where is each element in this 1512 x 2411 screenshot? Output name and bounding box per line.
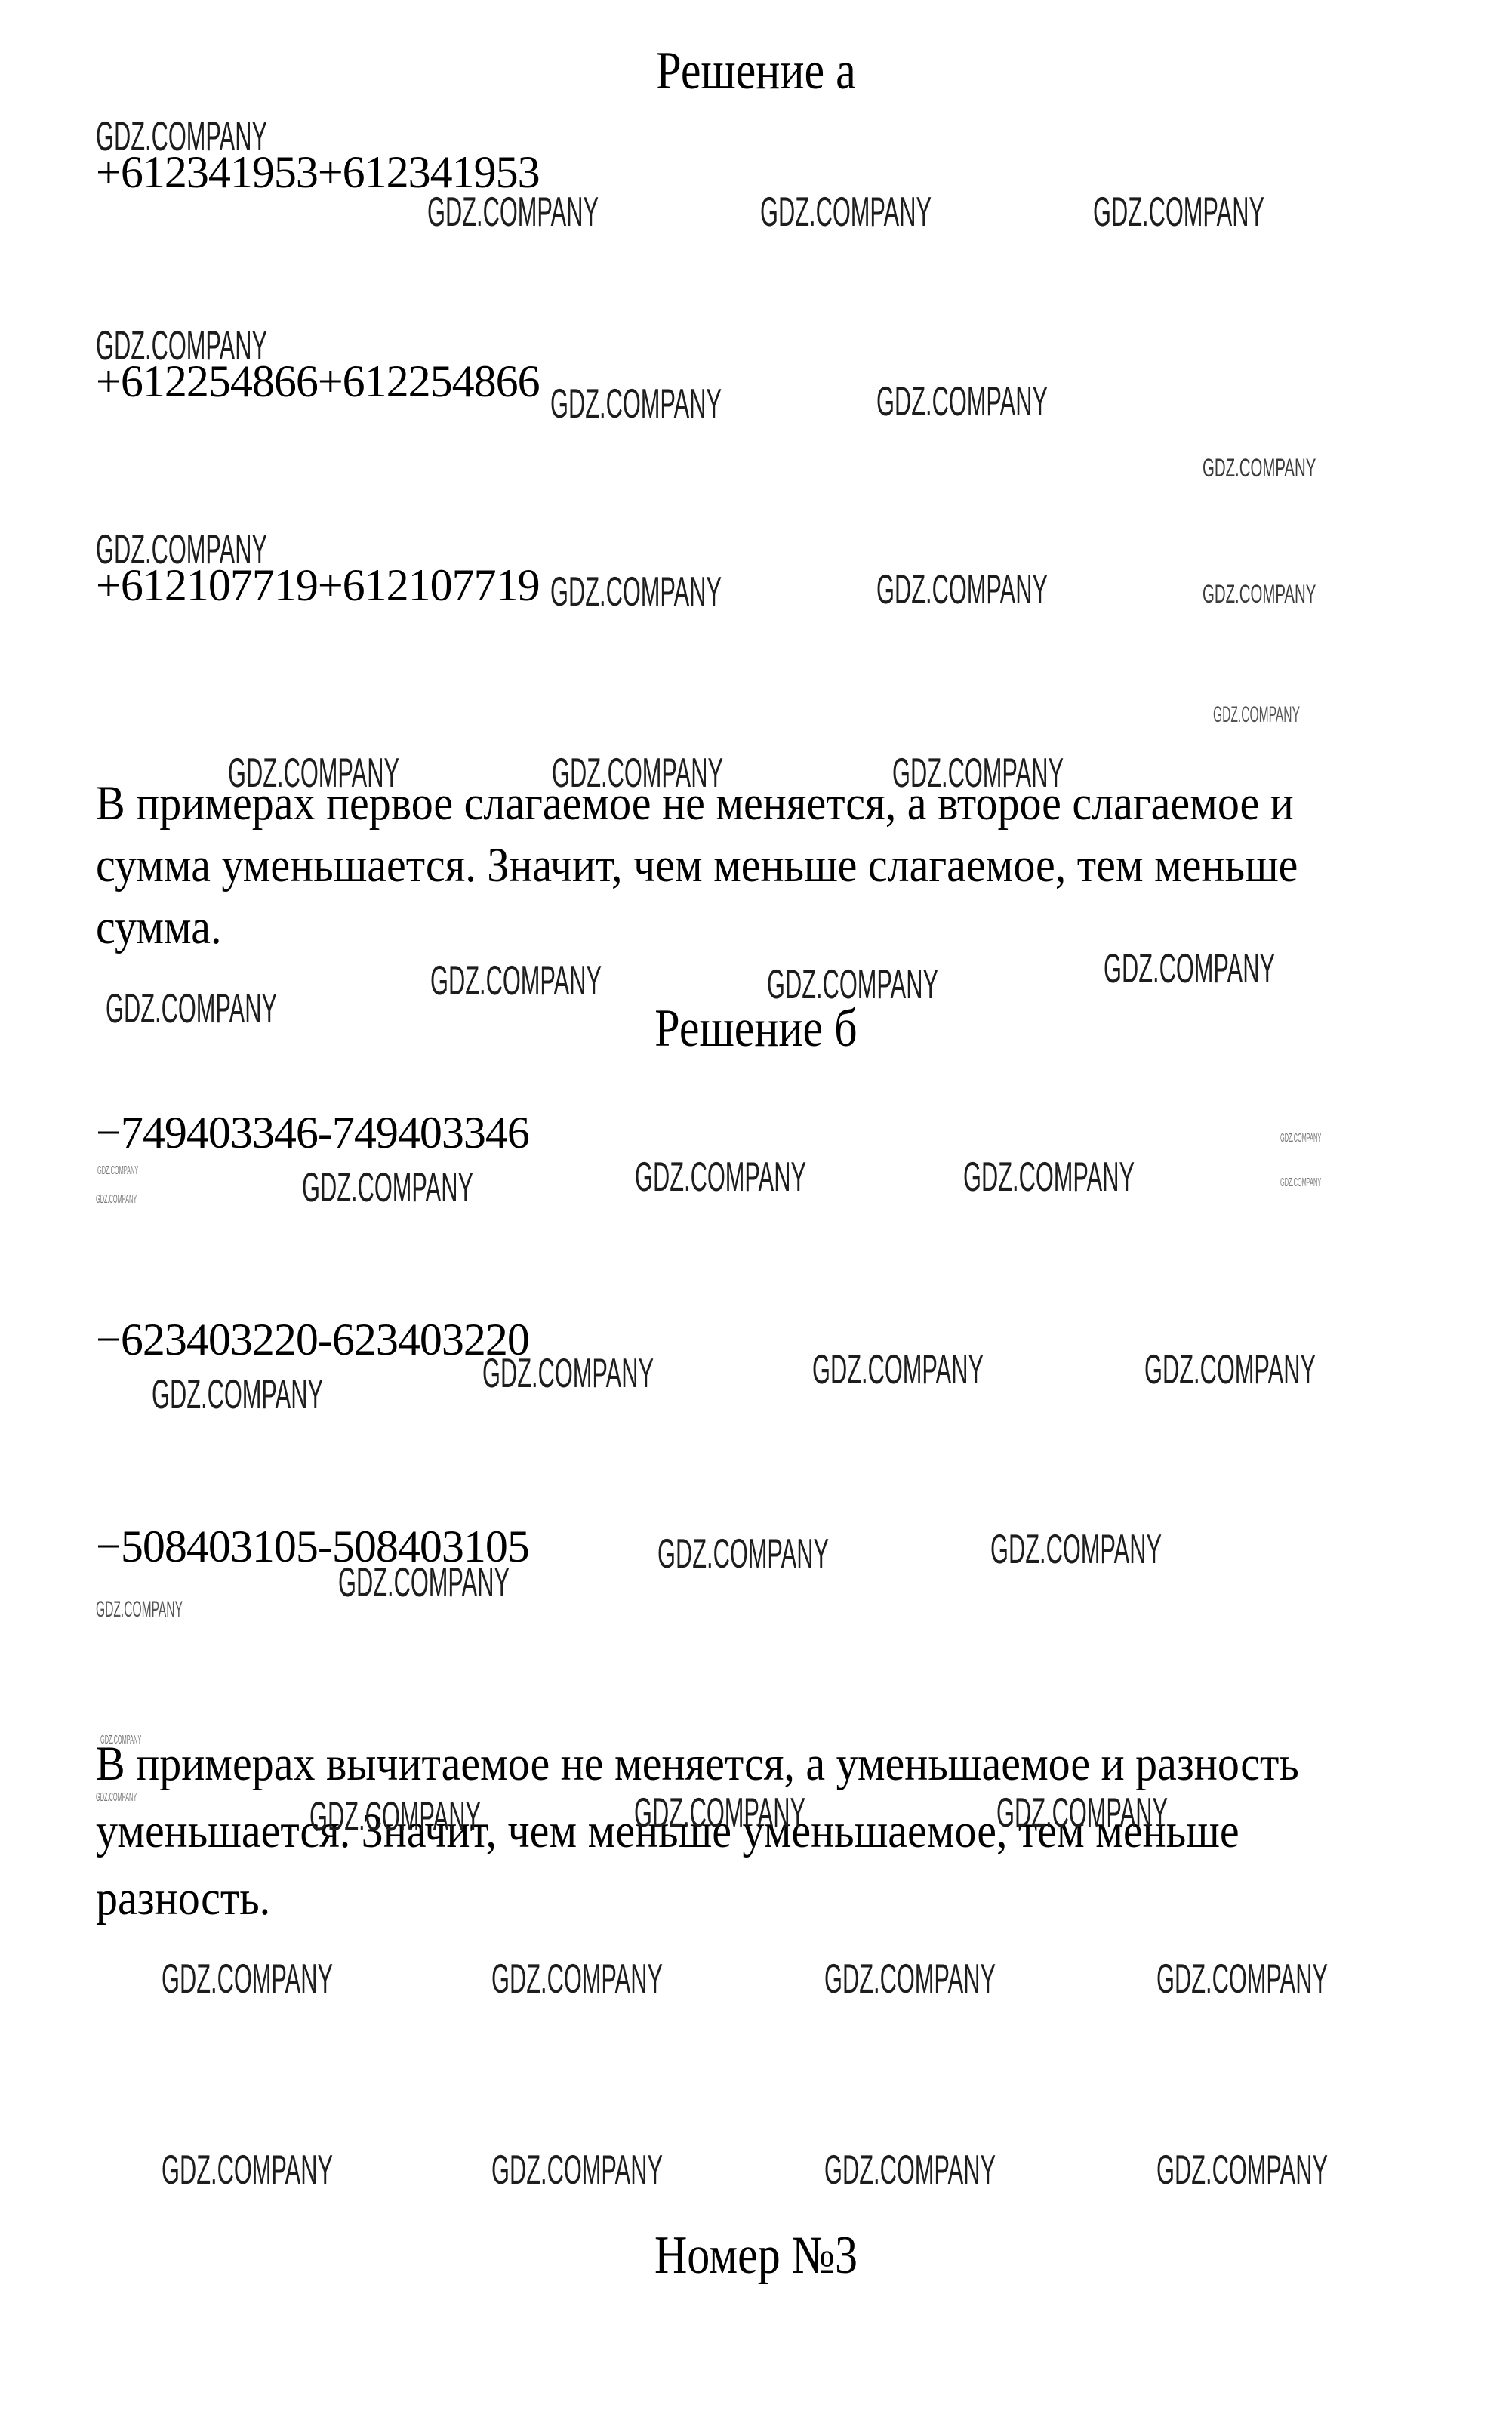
gdz-watermark: GDZ.COMPANY xyxy=(1156,1958,1328,1999)
gdz-watermark: GDZ.COMPANY xyxy=(96,1792,137,1804)
solution-a-heading: Решение а xyxy=(0,44,1512,97)
gdz-watermark: GDZ.COMPANY xyxy=(552,752,723,794)
gdz-watermark: GDZ.COMPANY xyxy=(96,529,267,570)
gdz-watermark: GDZ.COMPANY xyxy=(96,325,267,366)
gdz-watermark: GDZ.COMPANY xyxy=(876,381,1048,422)
gdz-watermark: GDZ.COMPANY xyxy=(634,1792,805,1833)
gdz-watermark: GDZ.COMPANY xyxy=(96,1599,183,1621)
gdz-watermark: GDZ.COMPANY xyxy=(812,1349,984,1390)
gdz-watermark: GDZ.COMPANY xyxy=(1104,948,1275,989)
gdz-watermark: GDZ.COMPANY xyxy=(996,1792,1168,1833)
explanation-b-line1: В примерах вычитаемое не меняется, а уме… xyxy=(96,1739,1299,1788)
gdz-watermark: GDZ.COMPANY xyxy=(892,752,1064,794)
equation-b2: −623403220-623403220 xyxy=(96,1317,529,1362)
gdz-watermark: GDZ.COMPANY xyxy=(635,1156,806,1198)
gdz-watermark: GDZ.COMPANY xyxy=(1280,1133,1321,1145)
gdz-watermark: GDZ.COMPANY xyxy=(338,1562,510,1603)
footer-heading: Номер №3 xyxy=(0,2228,1512,2282)
gdz-watermark: GDZ.COMPANY xyxy=(760,191,932,233)
explanation-b-line3: разность. xyxy=(96,1873,270,1922)
gdz-watermark: GDZ.COMPANY xyxy=(1156,2149,1328,2191)
gdz-watermark: GDZ.COMPANY xyxy=(491,1958,663,1999)
gdz-watermark: GDZ.COMPANY xyxy=(162,2149,333,2191)
gdz-watermark: GDZ.COMPANY xyxy=(97,1165,138,1177)
gdz-watermark: GDZ.COMPANY xyxy=(228,752,399,794)
gdz-watermark: GDZ.COMPANY xyxy=(990,1528,1162,1570)
gdz-watermark: GDZ.COMPANY xyxy=(876,569,1048,610)
gdz-watermark: GDZ.COMPANY xyxy=(152,1374,323,1415)
gdz-watermark: GDZ.COMPANY xyxy=(309,1796,481,1837)
gdz-watermark: GDZ.COMPANY xyxy=(96,116,267,157)
gdz-watermark: GDZ.COMPANY xyxy=(302,1167,473,1208)
gdz-watermark: GDZ.COMPANY xyxy=(491,2149,663,2191)
gdz-watermark: GDZ.COMPANY xyxy=(1213,704,1300,726)
gdz-watermark: GDZ.COMPANY xyxy=(824,2149,996,2191)
gdz-watermark: GDZ.COMPANY xyxy=(162,1958,333,1999)
gdz-watermark: GDZ.COMPANY xyxy=(1203,455,1316,481)
gdz-watermark: GDZ.COMPANY xyxy=(1280,1177,1321,1189)
explanation-a-line3: сумма. xyxy=(96,902,221,951)
explanation-a-line2: сумма уменьшается. Значит, чем меньше сл… xyxy=(96,840,1298,889)
gdz-watermark: GDZ.COMPANY xyxy=(100,1734,141,1747)
gdz-watermark: GDZ.COMPANY xyxy=(1203,581,1316,607)
gdz-watermark: GDZ.COMPANY xyxy=(550,571,722,612)
gdz-watermark: GDZ.COMPANY xyxy=(963,1156,1135,1198)
equation-b1: −749403346-749403346 xyxy=(96,1110,529,1155)
gdz-watermark: GDZ.COMPANY xyxy=(767,963,938,1005)
gdz-watermark: GDZ.COMPANY xyxy=(1093,191,1264,233)
gdz-watermark: GDZ.COMPANY xyxy=(657,1533,829,1574)
gdz-watermark: GDZ.COMPANY xyxy=(482,1352,654,1394)
gdz-watermark: GDZ.COMPANY xyxy=(824,1958,996,1999)
document-page: Решение а +612341953+612341953 +61225486… xyxy=(0,0,1512,2411)
gdz-watermark: GDZ.COMPANY xyxy=(550,383,722,424)
gdz-watermark: GDZ.COMPANY xyxy=(96,1194,137,1206)
gdz-watermark: GDZ.COMPANY xyxy=(427,191,599,233)
gdz-watermark: GDZ.COMPANY xyxy=(106,988,277,1029)
gdz-watermark: GDZ.COMPANY xyxy=(430,960,602,1001)
gdz-watermark: GDZ.COMPANY xyxy=(1144,1349,1316,1390)
